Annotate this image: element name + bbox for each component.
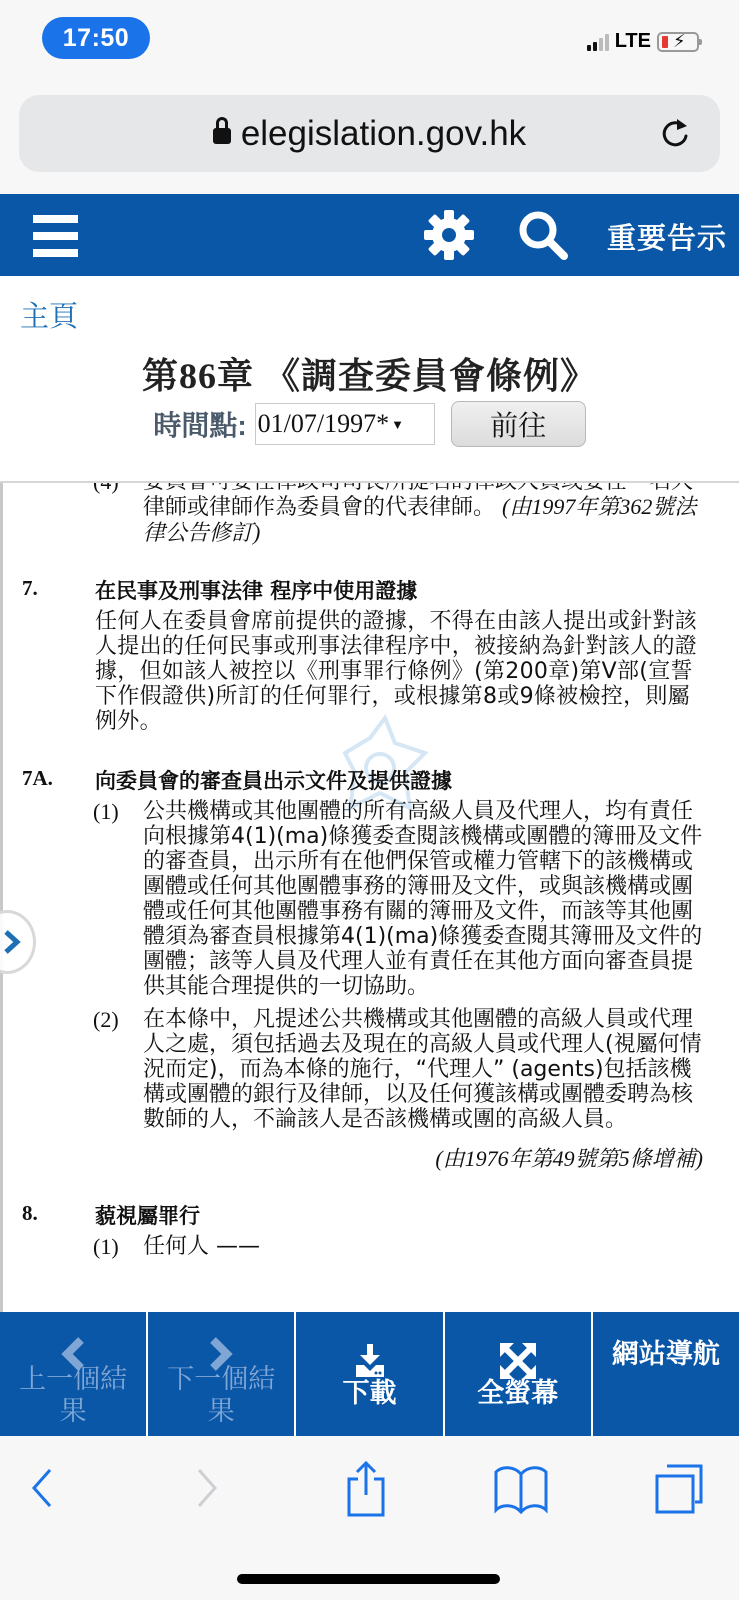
point-in-time-row: 時間點: 01/07/1997* ▼ 前往 [0,401,739,447]
chevron-right-icon [3,929,21,955]
status-indicators: LTE ⚡ [587,30,699,53]
section-title: 藐視屬罪行 [95,1201,739,1231]
search-icon[interactable] [516,208,570,262]
address-bar[interactable]: elegislation.gov.hk [19,95,720,172]
site-navigation-label: 網站導航 [612,1340,720,1370]
go-button[interactable]: 前往 [451,401,586,447]
amendment-note: (由1976年第49號第5條增補) [0,1146,739,1171]
next-result-button[interactable]: 下一個結果 [148,1312,296,1436]
tabs-icon [655,1464,705,1514]
section-number: 7A. [22,766,53,791]
section-number: 8. [22,1201,38,1226]
subsection-text: 在本條中，凡提述公共機構或其他團體的高級人員或代理人之處，須包括過去及現在的高級… [143,1007,702,1132]
gear-icon[interactable] [423,209,475,261]
page-header: 主頁 第86章 《調查委員會條例》 時間點: 01/07/1997* ▼ 前往 [0,276,739,481]
section-title: 向委員會的審查員出示文件及提供證據 [95,766,739,796]
next-result-label: 下一個結果 [161,1364,281,1428]
reload-icon[interactable] [658,117,692,151]
home-link[interactable]: 主頁 [20,294,78,335]
subsection-4: (4) 委員會可委任律政司司長所提名的律政人員或委任一名大律師或律師作為委員會的… [0,481,739,546]
subsection-1: (1) 公共機構或其他團體的所有高級人員及代理人，均有責任向根據第4(1)(ma… [95,799,739,999]
page-title: 第86章 《調查委員會條例》 [0,348,739,399]
chevron-left-icon [0,1332,146,1372]
subsection-1: (1) 任何人 —— [95,1234,739,1259]
home-indicator[interactable] [237,1574,500,1584]
section-number: 7. [22,576,38,601]
download-label: 下載 [343,1379,397,1409]
lock-icon [213,125,231,149]
section-7: 7. 在民事及刑事法律 程序中使用證據 任何人在委員會席前提供的證據，不得在由該… [0,576,739,734]
network-type: LTE [615,30,651,53]
battery-icon: ⚡ [657,32,699,52]
status-time: 17:50 [42,17,150,59]
chevron-right-icon [148,1332,294,1372]
point-in-time-select[interactable]: 01/07/1997* ▼ [255,403,435,445]
share-icon [346,1461,386,1517]
section-8: 8. 藐視屬罪行 (1) 任何人 —— [0,1201,739,1259]
section-title: 在民事及刑事法律 程序中使用證據 [95,576,739,606]
status-bar: 17:50 LTE ⚡ [0,0,739,90]
point-in-time-label: 時間點: [153,404,246,444]
fullscreen-label: 全螢幕 [477,1379,558,1409]
legislation-content[interactable]: (4) 委員會可委任律政司司長所提名的律政人員或委任一名大律師或律師作為委員會的… [0,481,739,1312]
caret-down-icon: ▼ [391,417,404,433]
important-notice-link[interactable]: 重要告示 [607,216,727,257]
document-toolbar: 上一個結果 下一個結果 下載 [0,1312,739,1436]
share-button[interactable] [336,1454,396,1524]
site-navigation-button[interactable]: 網站導航 [593,1312,739,1436]
back-button[interactable] [12,1458,72,1518]
subsection-number: (1) [93,799,119,824]
fullscreen-icon [500,1339,536,1379]
site-header-bar: 重要告示 [0,194,739,276]
url-text[interactable]: elegislation.gov.hk [241,114,526,154]
point-in-time-value: 01/07/1997* [258,409,389,439]
hamburger-icon[interactable] [33,215,78,257]
bookmarks-button[interactable] [491,1454,551,1524]
section-7a: 7A. 向委員會的審查員出示文件及提供證據 (1) 公共機構或其他團體的所有高級… [0,766,739,1171]
bookmarks-icon [494,1464,548,1514]
document-body: (4) 委員會可委任律政司司長所提名的律政人員或委任一名大律師或律師作為委員會的… [0,481,739,1267]
fullscreen-button[interactable]: 全螢幕 [445,1312,593,1436]
back-icon [30,1466,54,1510]
subsection-text: 任何人 —— [143,1234,260,1259]
subsection-number: (4) [93,481,119,494]
download-button[interactable]: 下載 [296,1312,444,1436]
forward-button[interactable] [177,1458,237,1518]
browser-toolbar [0,1436,739,1600]
section-body: 任何人在委員會席前提供的證據，不得在由該人提出或針對該人提出的任何民事或刑事法律… [95,609,739,734]
subsection-text: 公共機構或其他團體的所有高級人員及代理人，均有責任向根據第4(1)(ma)條獲委… [143,799,702,999]
previous-result-label: 上一個結果 [13,1364,133,1428]
previous-result-button[interactable]: 上一個結果 [0,1312,148,1436]
download-icon [354,1339,386,1379]
subsection-number: (2) [93,1007,119,1032]
tabs-button[interactable] [650,1454,710,1524]
subsection-2: (2) 在本條中，凡提述公共機構或其他團體的高級人員或代理人之處，須包括過去及現… [95,1007,739,1132]
subsection-number: (1) [93,1234,119,1259]
signal-icon [587,33,609,51]
forward-icon [195,1466,219,1510]
